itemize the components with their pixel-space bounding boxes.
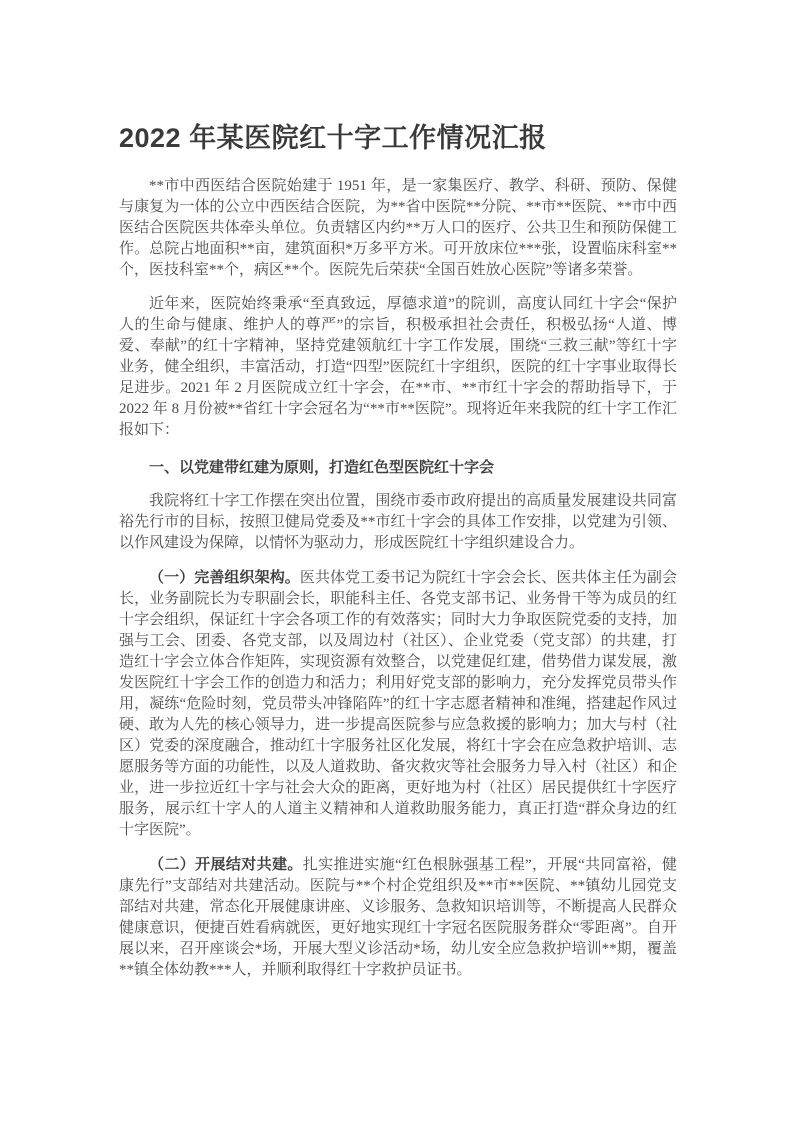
paragraph-hospital-overview: **市中西医结合医院始建于 1951 年，是一家集医疗、教学、科研、预防、保健与… xyxy=(119,176,677,281)
document-title: 2022 年某医院红十字工作情况汇报 xyxy=(119,122,677,154)
section-1-sub-2-paragraph: （二）开展结对共建。扎实推进实施“红色根脉强基工程”，开展“共同富裕，健康先行”… xyxy=(119,854,677,981)
sub-2-body-text: 扎实推进实施“红色根脉强基工程”，开展“共同富裕，健康先行”支部结对共建活动。医… xyxy=(119,857,677,978)
section-1-sub-1-paragraph: （一）完善组织架构。医共体党工委书记为院红十字会会长、医共体主任为副会长，业务副… xyxy=(119,567,677,841)
document-page: 2022 年某医院红十字工作情况汇报 **市中西医结合医院始建于 1951 年，… xyxy=(0,0,793,1122)
sub-2-lead-label: （二）开展结对共建。 xyxy=(149,856,303,873)
section-1-lead-paragraph: 我院将红十字工作摆在突出位置，围绕市委市政府提出的高质量发展建设共同富裕先行市的… xyxy=(119,491,677,554)
sub-1-lead-label: （一）完善组织架构。 xyxy=(149,569,300,586)
section-1-heading: 一、以党建带红建为原则，打造红色型医院红十字会 xyxy=(119,457,677,478)
paragraph-redcross-overview: 近年来，医院始终秉承“至真致远，厚德求道”的院训，高度认同红十字会“保护人的生命… xyxy=(119,294,677,441)
sub-1-body-text: 医共体党工委书记为院红十字会会长、医共体主任为副会长，业务副院长为专职副会长，职… xyxy=(119,570,677,838)
